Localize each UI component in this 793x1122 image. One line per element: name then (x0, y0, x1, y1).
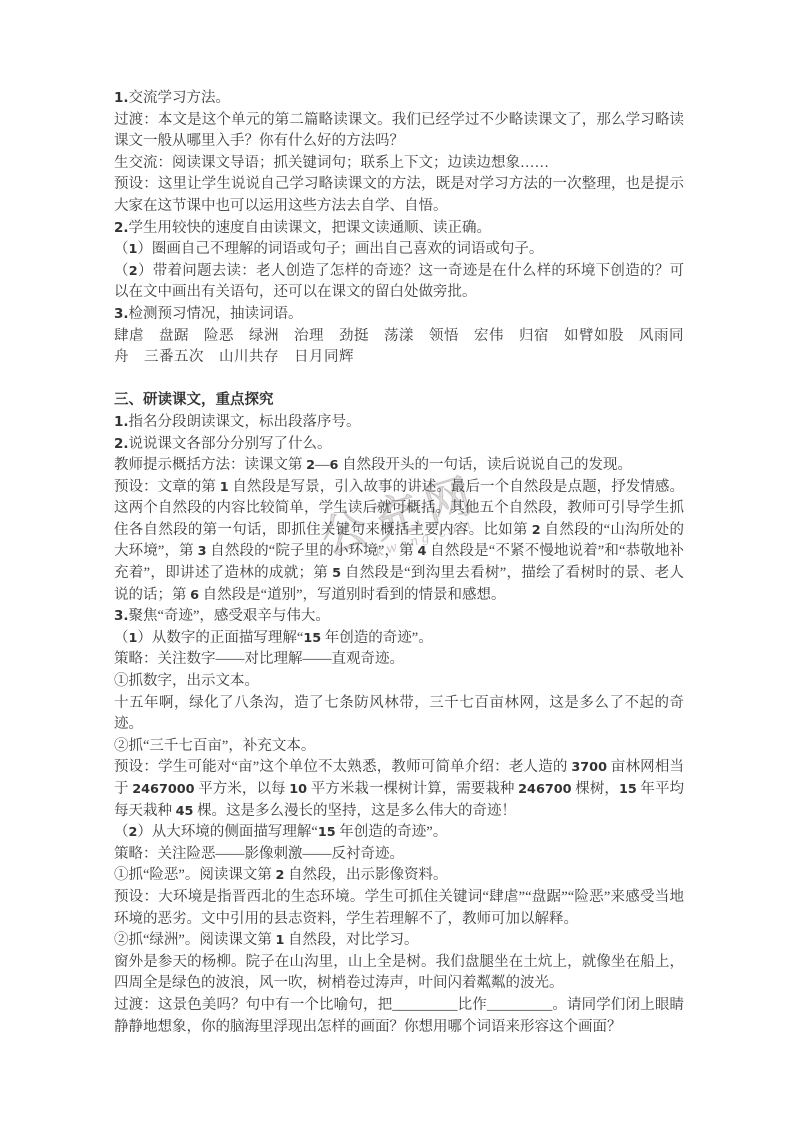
list-number: 1. (114, 414, 129, 430)
paragraph: 3.检测预习情况，抽读词语。 (114, 304, 684, 326)
paragraph-text: 三、研读课文，重点探究 (114, 392, 274, 408)
paragraph-text: 交流学习方法。 (129, 90, 231, 106)
paragraph: （1）从数字的正面描写理解“15 年创造的奇迹”。 (114, 628, 684, 650)
paragraph-text: （1）圈画自己不理解的词语或句子；画出自己喜欢的词语或句子。 (114, 241, 543, 257)
list-number: 3. (114, 608, 129, 624)
paragraph: 3.聚焦“奇迹”，感受艰辛与伟大。 (114, 606, 684, 628)
paragraph: 预设：这里让学生说说自己学习略读课文的方法，既是对学习方法的一次整理，也是提示大… (114, 174, 684, 217)
paragraph: 1.指名分段朗读课文，标出段落序号。 (114, 412, 684, 434)
paragraph: 策略：关注数字——对比理解——直观奇迹。 (114, 649, 684, 671)
list-number: 3. (114, 306, 129, 322)
paragraph: ②抓“绿洲”。阅读课文第 1 自然段，对比学习。 (114, 930, 684, 952)
paragraph-text: 预设：文章的第 1 自然段是写景，引入故事的讲述。最后一个自然段是点题，抒发情感… (114, 479, 684, 603)
paragraph: 策略：关注险恶——影像刺激——反衬奇迹。 (114, 844, 684, 866)
section-heading: 三、研读课文，重点探究 (114, 390, 684, 412)
paragraph: ②抓“三千七百亩”，补充文本。 (114, 736, 684, 758)
paragraph: ①抓“险恶”。阅读课文第 2 自然段，出示影像资料。 (114, 865, 684, 887)
paragraph: 过渡：本文是这个单元的第二篇略读课文。我们已经学过不少略读课文了，那么学习略读课… (114, 110, 684, 153)
paragraph-text: 过渡：本文是这个单元的第二篇略读课文。我们已经学过不少略读课文了，那么学习略读课… (114, 112, 684, 150)
paragraph-text: 预设：大环境是指晋西北的生态环境。学生可抓住关键词“肆虐”“盘踞”“险恶”来感受… (114, 889, 684, 927)
paragraph: 1.交流学习方法。 (114, 88, 684, 110)
paragraph: （2）带着问题去读：老人创造了怎样的奇迹？这一奇迹是在什么样的环境下创造的？可以… (114, 261, 684, 304)
paragraph-text: （2）从大环境的侧面描写理解“15 年创造的奇迹”。 (114, 824, 447, 840)
paragraph-text: 策略：关注数字——对比理解——直观奇迹。 (114, 651, 404, 667)
paragraph: 十五年啊，绿化了八条沟，造了七条防风林带，三千七百亩林网，这是多么了不起的奇迹。 (114, 693, 684, 736)
paragraph-text: 预设：这里让学生说说自己学习略读课文的方法，既是对学习方法的一次整理，也是提示大… (114, 176, 684, 214)
paragraph: （1）圈画自己不理解的词语或句子；画出自己喜欢的词语或句子。 (114, 239, 684, 261)
paragraph-text: 检测预习情况，抽读词语。 (129, 306, 303, 322)
paragraph-text: 教师提示概括方法：读课文第 2—6 自然段开头的一句话，读后说说自己的发现。 (114, 457, 632, 473)
paragraph-text: （2）带着问题去读：老人创造了怎样的奇迹？这一奇迹是在什么样的环境下创造的？可以… (114, 263, 684, 301)
paragraph-text: ②抓“三千七百亩”，补充文本。 (114, 738, 315, 754)
paragraph: 2.学生用较快的速度自由读课文，把课文读通顺、读正确。 (114, 218, 684, 240)
word-list: 肆虐 盘踞 险恶 绿洲 治理 劲挺 荡漾 领悟 宏伟 归宿 如臂如股 风雨同舟 … (114, 326, 684, 369)
paragraph-text: 学生用较快的速度自由读课文，把课文读通顺、读正确。 (129, 220, 492, 236)
blank-line (114, 369, 684, 391)
paragraph-text: 聚焦“奇迹”，感受艰辛与伟大。 (129, 608, 330, 624)
paragraph: 预设：文章的第 1 自然段是写景，引入故事的讲述。最后一个自然段是点题，抒发情感… (114, 477, 684, 607)
paragraph: 预设：大环境是指晋西北的生态环境。学生可抓住关键词“肆虐”“盘踞”“险恶”来感受… (114, 887, 684, 930)
paragraph-text: 策略：关注险恶——影像刺激——反衬奇迹。 (114, 846, 404, 862)
paragraph-text: （1）从数字的正面描写理解“15 年创造的奇迹”。 (114, 630, 433, 646)
paragraph-text: 十五年啊，绿化了八条沟，造了七条防风林带，三千七百亩林网，这是多么了不起的奇迹。 (114, 695, 684, 733)
paragraph-text: 指名分段朗读课文，标出段落序号。 (129, 414, 361, 430)
list-number: 1. (114, 90, 129, 106)
list-number: 2. (114, 220, 129, 236)
paragraph: 教师提示概括方法：读课文第 2—6 自然段开头的一句话，读后说说自己的发现。 (114, 455, 684, 477)
paragraph-text: 肆虐 盘踞 险恶 绿洲 治理 劲挺 荡漾 领悟 宏伟 归宿 如臂如股 风雨同舟 … (114, 328, 684, 366)
paragraph-text: 窗外是参天的杨柳。院子在山沟里，山上全是树。我们盘腿坐在土炕上，就像坐在船上，四… (114, 954, 684, 992)
paragraph: 预设：学生可能对“亩”这个单位不太熟悉，教师可简单介绍：老人造的 3700 亩林… (114, 757, 684, 822)
paragraph: 生交流：阅读课文导语；抓关键词句；联系上下文；边读边想象…… (114, 153, 684, 175)
paragraph: ①抓数字，出示文本。 (114, 671, 684, 693)
paragraph: 2.说说课文各部分分别写了什么。 (114, 434, 684, 456)
paragraph-text: 说说课文各部分分别写了什么。 (129, 436, 332, 452)
paragraph: （2）从大环境的侧面描写理解“15 年创造的奇迹”。 (114, 822, 684, 844)
list-number: 2. (114, 436, 129, 452)
paragraph: 过渡：这景色美吗？句中有一个比喻句，把_________比作_________。… (114, 995, 684, 1038)
paragraph-text: 预设：学生可能对“亩”这个单位不太熟悉，教师可简单介绍：老人造的 3700 亩林… (114, 759, 684, 818)
paragraph-text: ②抓“绿洲”。阅读课文第 1 自然段，对比学习。 (114, 932, 419, 948)
paragraph-text: ①抓“险恶”。阅读课文第 2 自然段，出示影像资料。 (114, 867, 448, 883)
paragraph: 窗外是参天的杨柳。院子在山沟里，山上全是树。我们盘腿坐在土炕上，就像坐在船上，四… (114, 952, 684, 995)
paragraph-text: ①抓数字，出示文本。 (114, 673, 259, 689)
paragraph-text: 生交流：阅读课文导语；抓关键词句；联系上下文；边读边想象…… (114, 155, 549, 171)
document-page: 公充网 kwang.com 1.交流学习方法。过渡：本文是这个单元的第二篇略读课… (0, 0, 793, 1122)
paragraph-text: 过渡：这景色美吗？句中有一个比喻句，把_________比作_________。… (114, 997, 684, 1035)
document-body: 1.交流学习方法。过渡：本文是这个单元的第二篇略读课文。我们已经学过不少略读课文… (114, 88, 684, 1038)
